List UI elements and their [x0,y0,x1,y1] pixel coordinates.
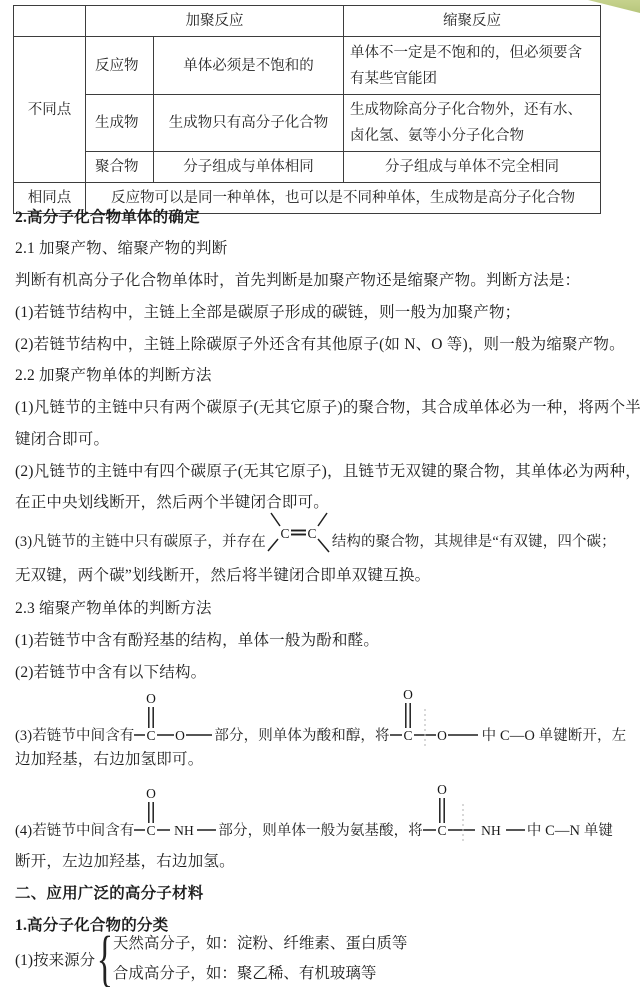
condensation-cell: 生成物除高分子化合物外，还有水、卤化氢、氨等小分子化合物 [344,95,601,152]
body-line: (2)凡链节的主链中有四个碳原子(无其它原子)，且链节无双键的聚合物，其单体必为… [15,462,640,482]
table-header-row: 加聚反应 缩聚反应 [14,6,601,37]
amide-group-structure-with-cut: O C NH [423,776,527,844]
classification-label: (1)按来源分 [15,948,95,970]
text-before: (3)凡链节的主链中只有碳原子，并存在 [15,534,266,550]
body-line: (2)若链节结构中，主链上除碳原子外还含有其他原子(如 N、O 等)，则一般为缩… [15,335,625,355]
carbon-atom: C [280,526,289,541]
ester-group-structure: O C O [134,687,214,749]
document-page: 加聚反应 缩聚反应 不同点 反应物 单体必须是不饱和的 单体不一定是不饱和的，但… [0,0,640,987]
section-heading: 二、应用广泛的高分子材料 [15,884,203,904]
body-line-with-amide-structure: (4)若链节中间含有 O C NH 部分，则单体一般为氨基酸，将 O C NH … [15,776,613,844]
table-row: 生成物 生成物只有高分子化合物 生成物除高分子化合物外，还有水、卤化氢、氨等小分… [14,95,601,152]
body-line: 判断有机高分子化合物单体时，首先判断是加聚产物还是缩聚产物。判断方法是： [15,271,580,291]
carbon-atom: C [147,728,156,743]
nh-group: NH [175,823,195,838]
table-row: 不同点 反应物 单体必须是不饱和的 单体不一定是不饱和的，但必须要含有某些官能团 [14,37,601,95]
empty-header-cell [14,6,86,37]
body-line: 无双键，两个碳”划线断开，然后将半键闭合即单双键互换。 [15,566,430,586]
carbon-atom: C [147,823,156,838]
subsection-heading: 2.1 加聚产物、缩聚产物的判断 [15,239,227,259]
text-after: 中 C—N 单键 [527,823,613,839]
oxygen-atom: O [437,728,447,743]
addition-cell: 分子组成与单体相同 [154,152,344,183]
text-mid: 部分，则单体一般为氨基酸，将 [218,823,422,839]
oxygen-atom: O [146,786,156,801]
polymerization-comparison-table: 加聚反应 缩聚反应 不同点 反应物 单体必须是不饱和的 单体不一定是不饱和的，但… [13,5,601,214]
body-line: 键闭合即可。 [15,430,109,450]
carbon-atom: C [437,823,446,838]
addition-cell: 单体必须是不饱和的 [154,37,344,95]
body-line-with-ester-structure: (3)若链节中间含有 O C O 部分，则单体为酸和醇，将 O C O 中 C—… [15,681,626,749]
oxygen-atom: O [403,687,413,702]
amide-group-structure: O C NH [134,782,218,844]
oxygen-atom: O [437,782,447,797]
row-label-cell: 生成物 [86,95,154,152]
synthetic-polymer-line: 合成高分子，如：聚乙稀、有机玻璃等 [113,959,408,987]
text-before: (4)若链节中间含有 [15,823,134,839]
carbon-atom: C [403,728,412,743]
ester-group-structure-with-cut: O C O [390,681,482,749]
text-mid: 部分，则单体为酸和醇，将 [214,728,389,744]
subsection-heading: 2.2 加聚产物单体的判断方法 [15,366,212,386]
section-heading: 2.高分子化合物单体的确定 [15,208,200,228]
body-line: (1)凡链节的主链中只有两个碳原子(无其它原子)的聚合物，其合成单体必为一种，将… [15,398,640,418]
body-line: 边加羟基，右边加氢即可。 [15,750,203,770]
table-row: 聚合物 分子组成与单体相同 分子组成与单体不完全相同 [14,152,601,183]
diff-label-cell: 不同点 [14,37,86,183]
header-condensation: 缩聚反应 [344,6,601,37]
row-label-cell: 反应物 [86,37,154,95]
body-line: (1)若链节中含有酚羟基的结构，单体一般为酚和醛。 [15,631,379,651]
body-line-with-alkene-structure: (3)凡链节的主链中只有碳原子，并存在 C C 结构的聚合物，其规律是“有双键，… [15,508,616,556]
body-line: (1)若链节结构中，主链上全部是碳原子形成的碳链，则一般为加聚产物； [15,303,520,323]
header-addition: 加聚反应 [86,6,344,37]
brace-glyph: { [97,930,113,987]
oxygen-atom: O [146,691,156,706]
addition-cell: 生成物只有高分子化合物 [154,95,344,152]
natural-polymer-line: 天然高分子，如：淀粉、纤维素、蛋白质等 [113,929,408,959]
text-after: 结构的聚合物，其规律是“有双键，四个碳； [332,534,616,550]
text-after: 中 C—O 单键断开，左 [482,728,627,744]
condensation-cell: 分子组成与单体不完全相同 [344,152,601,183]
body-line: 断开，左边加羟基，右边加氢。 [15,852,235,872]
subsection-heading: 2.3 缩聚产物单体的判断方法 [15,599,212,619]
carbon-atom: C [307,526,316,541]
classification-block: (1)按来源分 { 天然高分子，如：淀粉、纤维素、蛋白质等 合成高分子，如：聚乙… [15,929,407,987]
row-label-cell: 聚合物 [86,152,154,183]
oxygen-atom: O [175,728,185,743]
text-before: (3)若链节中间含有 [15,728,134,744]
body-line: (2)若链节中含有以下结构。 [15,663,206,683]
carbon-carbon-double-bond-structure: C C [266,508,332,556]
nh-group: NH [481,823,501,838]
condensation-cell: 单体不一定是不饱和的，但必须要含有某些官能团 [344,37,601,95]
